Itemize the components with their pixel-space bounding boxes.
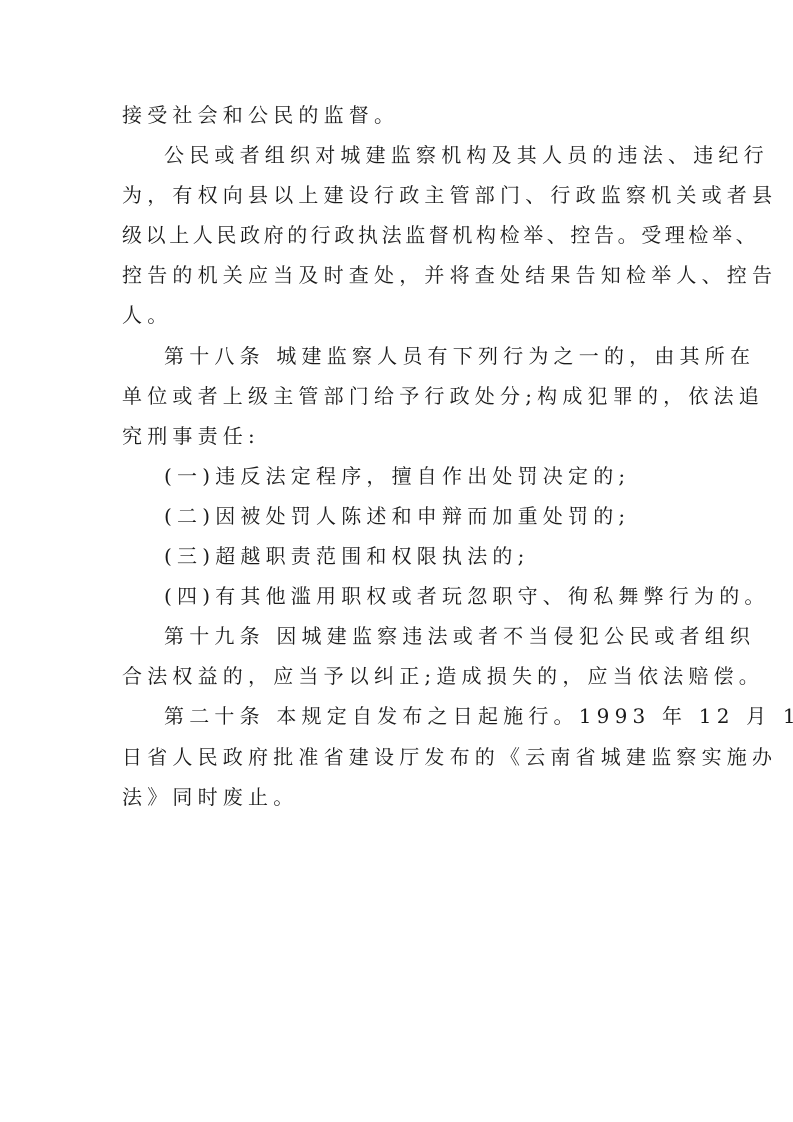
paragraph-complaint-line-2: 为，有权向县以上建设行政主管部门、行政监察机关或者县	[122, 175, 682, 215]
paragraph-complaint-line-3: 级以上人民政府的行政执法监督机构检举、控告。受理检举、	[122, 215, 682, 255]
article-20-line-1: 第二十条 本规定自发布之日起施行。1993 年 12 月 15	[122, 696, 682, 736]
article-18-item-3: (三)超越职责范围和权限执法的;	[122, 536, 682, 576]
paragraph-complaint-line-4: 控告的机关应当及时查处，并将查处结果告知检举人、控告	[122, 255, 682, 295]
paragraph-complaint-line-5: 人。	[122, 295, 682, 335]
article-18-line-2: 单位或者上级主管部门给予行政处分;构成犯罪的，依法追	[122, 376, 682, 416]
article-19-line-1: 第十九条 因城建监察违法或者不当侵犯公民或者组织	[122, 616, 682, 656]
article-19-line-2: 合法权益的，应当予以纠正;造成损失的，应当依法赔偿。	[122, 656, 682, 696]
article-18-item-1: (一)违反法定程序，擅自作出处罚决定的;	[122, 456, 682, 496]
paragraph-supervision-end: 接受社会和公民的监督。	[122, 95, 682, 135]
article-18-item-4: (四)有其他滥用职权或者玩忽职守、徇私舞弊行为的。	[122, 576, 682, 616]
article-18-line-3: 究刑事责任:	[122, 416, 682, 456]
article-18-item-2: (二)因被处罚人陈述和申辩而加重处罚的;	[122, 496, 682, 536]
article-20-line-2: 日省人民政府批准省建设厅发布的《云南省城建监察实施办	[122, 737, 682, 777]
article-20-line-3: 法》同时废止。	[122, 777, 682, 817]
document-page: 接受社会和公民的监督。 公民或者组织对城建监察机构及其人员的违法、违纪行 为，有…	[0, 0, 793, 1122]
document-body: 接受社会和公民的监督。 公民或者组织对城建监察机构及其人员的违法、违纪行 为，有…	[122, 95, 682, 817]
article-18-line-1: 第十八条 城建监察人员有下列行为之一的，由其所在	[122, 336, 682, 376]
paragraph-complaint-line-1: 公民或者组织对城建监察机构及其人员的违法、违纪行	[122, 135, 682, 175]
